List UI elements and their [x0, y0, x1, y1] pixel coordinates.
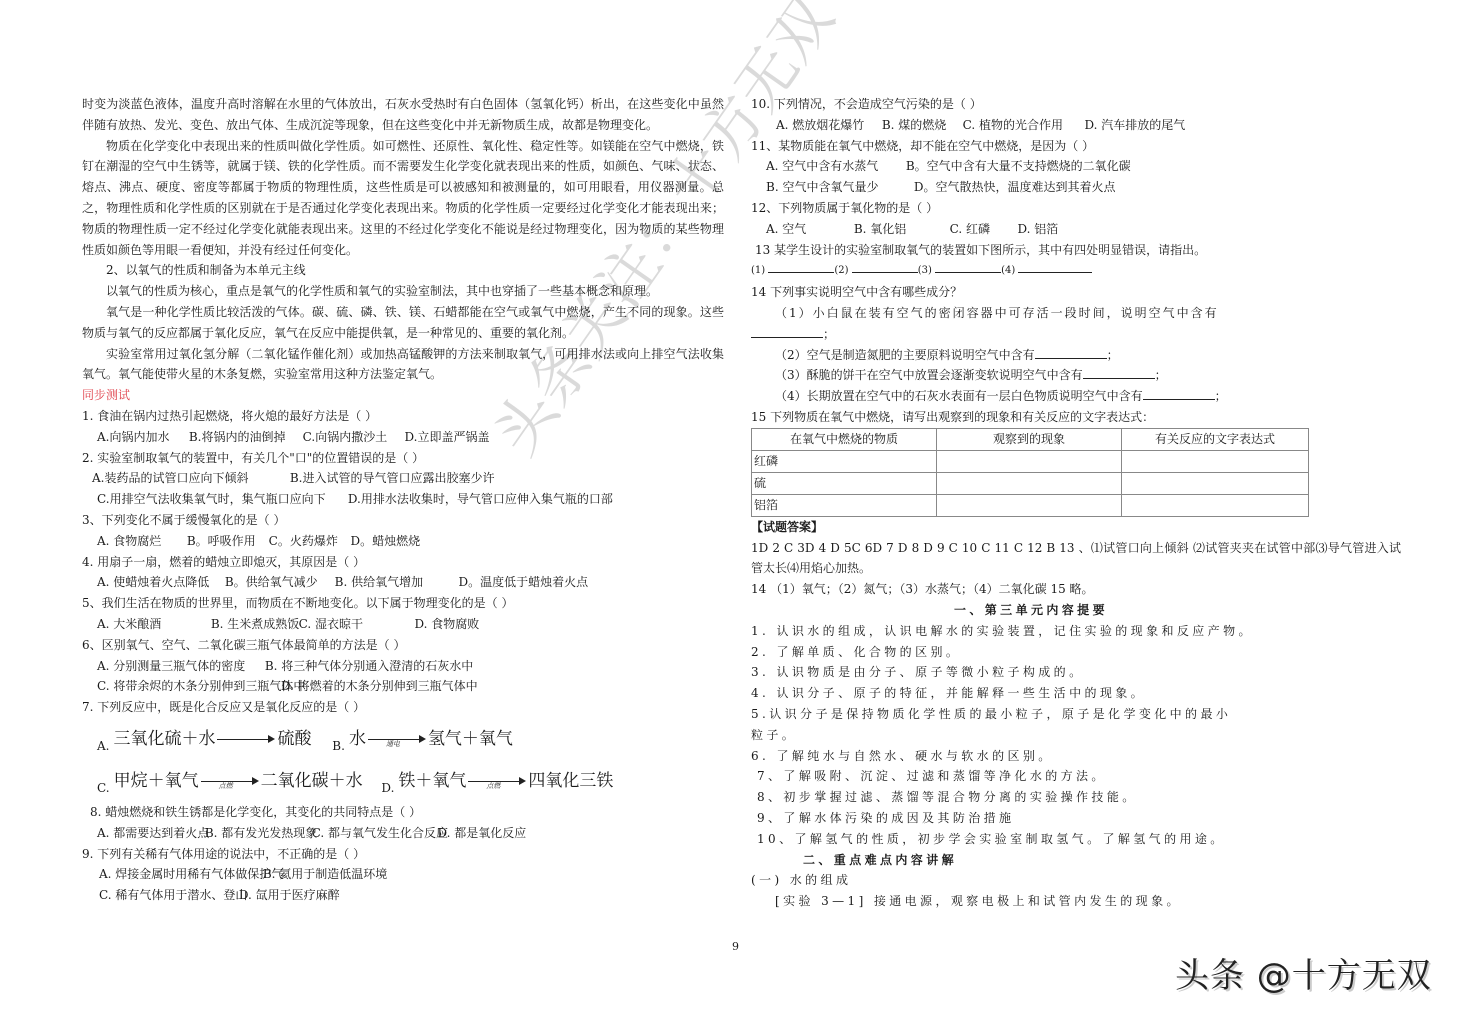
option-d: D.立即盖严锅盖 — [404, 427, 489, 448]
subheading: 2、以氧气的性质和制备为本单元主线 — [82, 260, 724, 281]
eq-a-products: 硫酸 — [277, 729, 311, 749]
table-cell-substance: 硫 — [752, 472, 937, 494]
answer-blank-2[interactable] — [852, 260, 918, 273]
question-14-4: （4）长期放置在空气中的石灰水表面有一层白色物质说明空气中含有； — [751, 386, 1411, 407]
right-column: 10. 下列情况，不会造成空气污染的是（ ） A. 燃放烟花爆竹 B. 煤的燃烧… — [751, 94, 1411, 912]
question-9-options-ab: A. 焊接金属时用稀有气体做保护气 B. 氦用于制造低温环境 — [82, 864, 724, 885]
unit-item: 9、了解水体污染的成因及其防治措施 — [751, 808, 1411, 829]
unit-item: 4. 认识分子、原子的特征，并能解释一些生活中的现象。 — [751, 683, 1411, 704]
question-2-options-ab: A.装药品的试管口应向下倾斜 B.进入试管的导气管口应露出胶塞少许 — [82, 468, 724, 489]
experiment-text: [实验 3—1] 接通电源，观察电极上和试管内发生的现象。 — [751, 891, 1411, 912]
option-c: C. 将带余烬的木条分别伸到三瓶气体中 — [97, 676, 277, 697]
unit-item: 6. 了解纯水与自然水、硬水与软水的区别。 — [751, 746, 1411, 767]
table-cell-substance: 红磷 — [752, 450, 937, 472]
answer-blank[interactable] — [1083, 366, 1155, 379]
unit-item: 5.认识分子是保持物质化学性质的最小粒子，原子是化学变化中的最小 — [751, 704, 1411, 725]
answer-blank[interactable] — [1035, 346, 1107, 359]
question-11-options-ab: A. 空气中含有水蒸气 B。空气中含有大量不支持燃烧的二氧化碳 — [751, 156, 1411, 177]
table-cell-equation[interactable] — [1122, 450, 1309, 472]
table-header-row: 在氧气中燃烧的物质 观察到的现象 有关反应的文字表达式 — [752, 428, 1309, 450]
question-9: 9. 下列有关稀有气体用途的说法中，不正确的是（ ） — [82, 844, 724, 865]
option-a: A.装药品的试管口应向下倾斜 — [92, 468, 286, 489]
option-b: B。空气中含有大量不支持燃烧的二氧化碳 — [906, 156, 1131, 177]
table-row: 红磷 — [752, 450, 1309, 472]
option-b: B。供给氧气减少 — [225, 572, 331, 593]
question-7: 7. 下列反应中，既是化合反应又是氧化反应的是（ ） — [82, 697, 724, 718]
option-b: B.进入试管的导气管口应露出胶塞少许 — [290, 468, 495, 489]
question-14-1-blank-line: ； — [751, 324, 1411, 345]
option-a: A. 空气 — [766, 219, 850, 240]
question-12-options: A. 空气 B. 氧化铝 C. 红磷 D. 铝箔 — [751, 219, 1411, 240]
unit-item: 7、了解吸附、沉淀、过滤和蒸馏等净化水的方法。 — [751, 766, 1411, 787]
option-b: B. 都有发光发热现象 — [205, 823, 308, 844]
option-b: B。呼吸作用 — [187, 531, 265, 552]
question-2: 2. 实验室制取氧气的装置中，有关几个"口"的位置错误的是（ ） — [82, 448, 724, 469]
eq-a-label: A. — [97, 739, 109, 753]
answer-blank[interactable] — [751, 325, 823, 338]
unit-item: 10、了解氢气的性质，初步学会实验室制取氢气。了解氢气的用途。 — [751, 829, 1411, 850]
option-a: A. 分别测量三瓶气体的密度 — [97, 656, 261, 677]
question-13: 13 某学生设计的实验室制取氧气的装置如下图所示，其中有四处明显错误，请指出。 — [751, 240, 1411, 261]
question-14: 14 下列事实说明空气中含有哪些成分？ — [751, 282, 1411, 303]
option-d: D.用排水法收集时，导气管口应伸入集气瓶的口部 — [348, 489, 613, 510]
option-b: B. 氦用于制造低温环境 — [263, 864, 387, 885]
equation-row-ab: A.三氧化硫＋水硫酸 B.水通电氢气＋氧气 — [82, 718, 724, 760]
answer-blank-4[interactable] — [1018, 260, 1092, 273]
page-number: 9 — [732, 940, 739, 953]
unit-item: 3. 认识物质是由分子、原子等微小粒子构成的。 — [751, 662, 1411, 683]
option-b: B. 生米煮成熟饭 — [211, 614, 295, 635]
eq-c-label: C. — [97, 781, 110, 795]
table-cell-equation[interactable] — [1122, 494, 1309, 516]
option-b: B. 煤的燃烧 — [882, 115, 959, 136]
question-4-options: A. 使蜡烛着火点降低 B。供给氧气减少 B. 供给氧气增加 D。温度低于蜡烛着… — [82, 572, 724, 593]
eq-c-products: 二氧化碳＋水 — [261, 771, 363, 791]
reaction-arrow-icon: 通电 — [368, 732, 426, 746]
question-9-options-cd: C. 稀有气体用于潜水、登山 D. 氙用于医疗麻醉 — [82, 885, 724, 906]
paragraph: 以氧气的性质为核心，重点是氧气的化学性质和氧气的实验室制法，其中也穿插了一些基本… — [82, 281, 724, 302]
option-d: D. 将燃着的木条分别伸到三瓶气体中 — [281, 676, 478, 697]
question-8: 8. 蜡烛燃烧和铁生锈都是化学变化，其变化的共同特点是（ ） — [82, 802, 724, 823]
option-d: D. 汽车排放的尾气 — [1084, 115, 1185, 136]
question-12: 12、下列物质属于氧化物的是（ ） — [751, 198, 1411, 219]
question-6-options-ab: A. 分别测量三瓶气体的密度 B. 将三种气体分别通入澄清的石灰水中 — [82, 656, 724, 677]
reaction-arrow-icon — [217, 732, 275, 746]
table-cell-equation[interactable] — [1122, 472, 1309, 494]
question-3: 3、下列变化不属于缓慢氧化的是（ ） — [82, 510, 724, 531]
paragraph: 氧气是一种化学性质比较活泼的气体。碳、硫、磷、铁、镁、石蜡都能在空气或氧气中燃烧… — [82, 302, 724, 344]
table-cell-observation[interactable] — [937, 450, 1122, 472]
answer-blank-1[interactable] — [768, 260, 834, 273]
eq-b-products: 氢气＋氧气 — [428, 729, 513, 749]
eq-a-reactants: 三氧化硫＋水 — [113, 729, 215, 749]
option-a: A. 燃放烟花爆竹 — [776, 115, 878, 136]
question-4: 4. 用扇子一扇，燃着的蜡烛立即熄灭，其原因是（ ） — [82, 552, 724, 573]
option-c: C. 稀有气体用于潜水、登山 — [99, 885, 235, 906]
option-c: C.用排空气法收集氧气时，集气瓶口应向下 — [97, 489, 344, 510]
question-6-options-cd: C. 将带余烬的木条分别伸到三瓶气体中 D. 将燃着的木条分别伸到三瓶气体中 — [82, 676, 724, 697]
question-13-blanks: (1) (2) (3) (4) — [751, 260, 1411, 282]
unit-title: 一、第三单元内容提要 — [751, 600, 1311, 621]
question-1: 1. 食油在锅内过热引起燃烧，将火熄的最好方法是（ ） — [82, 406, 724, 427]
paragraph: 实验室常用过氧化氢分解（二氧化锰作催化剂）或加热高锰酸钾的方法来制取氧气，可用排… — [82, 344, 724, 386]
unit-item: 2. 了解单质、化合物的区别。 — [751, 642, 1411, 663]
combustion-table: 在氧气中燃烧的物质 观察到的现象 有关反应的文字表达式 红磷 硫 铝箔 — [751, 428, 1309, 517]
option-d: D. 铝箔 — [1017, 219, 1058, 240]
question-2-options-cd: C.用排空气法收集氧气时，集气瓶口应向下 D.用排水法收集时，导气管口应伸入集气… — [82, 489, 724, 510]
brand-watermark: 头条 @十方无双 — [1175, 948, 1432, 997]
question-10: 10. 下列情况，不会造成空气污染的是（ ） — [751, 94, 1411, 115]
table-row: 铝箔 — [752, 494, 1309, 516]
option-d: D. 食物腐败 — [414, 614, 479, 635]
question-14-1: （1）小白鼠在装有空气的密闭容器中可存活一段时间，说明空气中含有 — [751, 303, 1411, 324]
question-8-options: A. 都需要达到着火点 B. 都有发光发热现象 C. 都与氧气发生化合反应 D.… — [82, 823, 724, 844]
reaction-arrow-icon: 点燃 — [468, 774, 526, 788]
option-c: C. 红磷 — [950, 219, 1014, 240]
key-points-title: 二、重点难点内容讲解 — [751, 850, 1411, 871]
eq-c-reactants: 甲烷＋氧气 — [114, 771, 199, 791]
eq-d-label: D. — [381, 781, 394, 795]
question-11: 11、某物质能在氧气中燃烧，却不能在空气中燃烧，是因为（ ） — [751, 136, 1411, 157]
unit-item: 1. 认识水的组成，认识电解水的实验装置，记住实验的现象和反应产物。 — [751, 621, 1411, 642]
subsection-title: (一) 水的组成 — [751, 870, 1411, 891]
option-a: A. 食物腐烂 — [97, 531, 183, 552]
option-b: B. 将三种气体分别通入澄清的石灰水中 — [265, 656, 473, 677]
option-a: A. 空气中含有水蒸气 — [766, 156, 902, 177]
question-11-options-cd: B. 空气中含氧气量少 D。空气散热快，温度难达到其着火点 — [751, 177, 1411, 198]
table-header: 观察到的现象 — [937, 428, 1122, 450]
option-b: B.将锅内的油倒掉 — [189, 427, 299, 448]
question-14-2: （2）空气是制造氮肥的主要原料说明空气中含有； — [751, 345, 1411, 366]
option-a: A. 都需要达到着火点 — [97, 823, 201, 844]
unit-item: 8、初步掌握过滤、蒸馏等混合物分离的实验操作技能。 — [751, 787, 1411, 808]
answer-blank[interactable] — [1143, 387, 1215, 400]
eq-b-reactants: 水 — [349, 729, 366, 749]
question-1-options: A.向锅内加水 B.将锅内的油倒掉 C.向锅内撒沙土 D.立即盖严锅盖 — [82, 427, 724, 448]
option-c: C. 湿衣晾干 — [299, 614, 411, 635]
question-10-options: A. 燃放烟花爆竹 B. 煤的燃烧 C. 植物的光合作用 D. 汽车排放的尾气 — [751, 115, 1411, 136]
unit-item: 粒子。 — [751, 725, 1411, 746]
table-header: 有关反应的文字表达式 — [1122, 428, 1309, 450]
option-d: D。温度低于蜡烛着火点 — [458, 572, 588, 593]
option-d: D。空气散热快，温度难达到其着火点 — [914, 177, 1116, 198]
paragraph: 物质在化学变化中表现出来的性质叫做化学性质。如可燃性、还原性、氧化性、稳定性等。… — [82, 136, 724, 261]
option-a: A.向锅内加水 — [97, 427, 185, 448]
table-header: 在氧气中燃烧的物质 — [752, 428, 937, 450]
question-3-options: A. 食物腐烂 B。呼吸作用 C。火药爆炸 D。蜡烛燃烧 — [82, 531, 724, 552]
answer-title: 【试题答案】 — [751, 517, 1411, 538]
table-cell-substance: 铝箔 — [752, 494, 937, 516]
question-5: 5、我们生活在物质的世界里，而物质在不断地变化。以下属于物理变化的是（ ） — [82, 593, 724, 614]
option-c: C.向锅内撒沙土 — [303, 427, 401, 448]
answer-line: 14 （1）氧气；（2）氮气；（3）水蒸气；（4）二氧化碳 15 略。 — [751, 579, 1411, 600]
option-d: D. 氙用于医疗麻醉 — [239, 885, 340, 906]
table-row: 硫 — [752, 472, 1309, 494]
option-a: A. 使蜡烛着火点降低 — [97, 572, 221, 593]
option-c: C。火药爆炸 — [269, 531, 347, 552]
option-d: D. 都是氧化反应 — [437, 823, 526, 844]
eq-d-products: 四氧化三铁 — [528, 771, 613, 791]
question-14-3: （3）酥脆的饼干在空气中放置会逐渐变软说明空气中含有； — [751, 365, 1411, 386]
eq-d-reactants: 铁＋氧气 — [398, 771, 466, 791]
question-15: 15 下列物质在氧气中燃烧，请写出观察到的现象和有关反应的文字表达式： — [751, 407, 1411, 428]
option-b: B. 氧化铝 — [854, 219, 946, 240]
option-c: C. 都与氧气发生化合反应 — [312, 823, 434, 844]
option-a: A. 焊接金属时用稀有气体做保护气 — [99, 864, 259, 885]
table-cell-observation[interactable] — [937, 494, 1122, 516]
option-c: C. 植物的光合作用 — [963, 115, 1081, 136]
reaction-arrow-icon: 点燃 — [201, 774, 259, 788]
section-title: 同步测试 — [82, 385, 724, 406]
option-c: B. 供给氧气增加 — [335, 572, 455, 593]
answer-line: 1D 2 C 3D 4 D 5C 6D 7 D 8 D 9 C 10 C 11 … — [751, 538, 1401, 580]
paragraph: 时变为淡蓝色液体，温度升高时溶解在水里的气体放出，石灰水受热时有白色固体（氢氧化… — [82, 94, 724, 136]
question-5-options: A. 大米酿酒 B. 生米煮成熟饭 C. 湿衣晾干 D. 食物腐败 — [82, 614, 724, 635]
option-a: A. 大米酿酒 — [97, 614, 207, 635]
eq-b-label: B. — [332, 739, 345, 753]
equation-row-cd: C.甲烷＋氧气点燃二氧化碳＋水 D.铁＋氧气点燃四氧化三铁 — [82, 760, 724, 802]
table-cell-observation[interactable] — [937, 472, 1122, 494]
option-d: D。蜡烛燃烧 — [350, 531, 420, 552]
option-c: B. 空气中含氧气量少 — [766, 177, 910, 198]
question-6: 6、区别氧气、空气、二氧化碳三瓶气体最简单的方法是（ ） — [82, 635, 724, 656]
answer-blank-3[interactable] — [935, 260, 1001, 273]
left-column: 时变为淡蓝色液体，温度升高时溶解在水里的气体放出，石灰水受热时有白色固体（氢氧化… — [82, 94, 724, 906]
